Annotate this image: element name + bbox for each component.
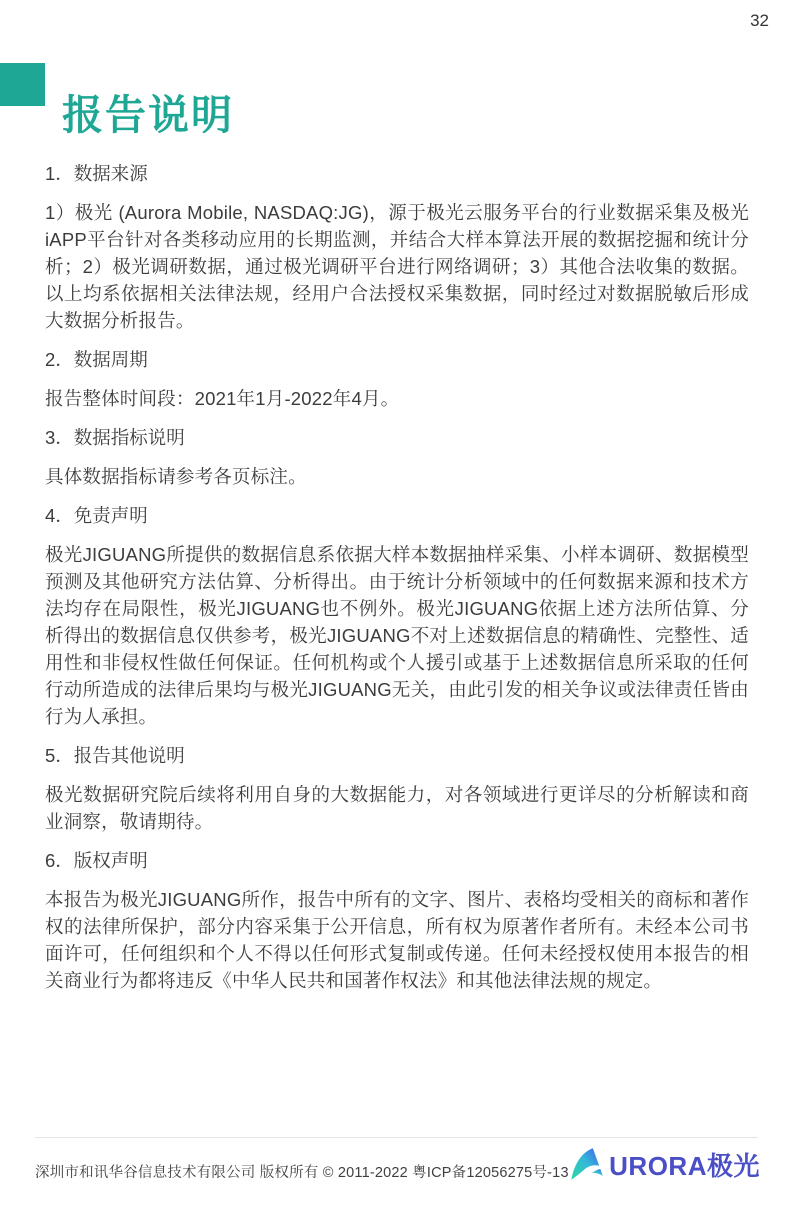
section-heading-data-source: 1．数据来源 xyxy=(45,160,749,187)
report-notes-content: 1．数据来源 1）极光 (Aurora Mobile, NASDAQ:JG)，源… xyxy=(45,160,749,1006)
page-title: 报告说明 xyxy=(62,91,234,139)
section-body-other-notes: 极光数据研究院后续将利用自身的大数据能力，对各领域进行更详尽的分析解读和商业洞察… xyxy=(45,781,749,835)
aurora-logo: URORA极光 xyxy=(569,1145,760,1183)
footer-divider xyxy=(35,1137,758,1138)
section-body-disclaimer: 极光JIGUANG所提供的数据信息系依据大样本数据抽样采集、小样本调研、数据模型… xyxy=(45,541,749,730)
title-accent-square xyxy=(0,63,45,106)
section-body-data-metrics: 具体数据指标请参考各页标注。 xyxy=(45,463,749,490)
section-body-copyright-statement: 本报告为极光JIGUANG所作，报告中所有的文字、图片、表格均受相关的商标和著作… xyxy=(45,886,749,994)
section-body-data-period: 报告整体时间段：2021年1月-2022年4月。 xyxy=(45,385,749,412)
footer-copyright: 深圳市和讯华谷信息技术有限公司 版权所有 © 2011-2022 粤ICP备12… xyxy=(35,1161,569,1182)
section-heading-disclaimer: 4．免责声明 xyxy=(45,502,749,529)
section-heading-other-notes: 5．报告其他说明 xyxy=(45,742,749,769)
section-body-data-source: 1）极光 (Aurora Mobile, NASDAQ:JG)，源于极光云服务平… xyxy=(45,199,749,334)
page-number: 32 xyxy=(750,11,769,31)
aurora-logo-text: URORA极光 xyxy=(609,1146,760,1183)
aurora-a-mark-icon xyxy=(569,1145,605,1183)
section-heading-data-metrics: 3．数据指标说明 xyxy=(45,424,749,451)
section-heading-copyright-statement: 6．版权声明 xyxy=(45,847,749,874)
section-heading-data-period: 2．数据周期 xyxy=(45,346,749,373)
